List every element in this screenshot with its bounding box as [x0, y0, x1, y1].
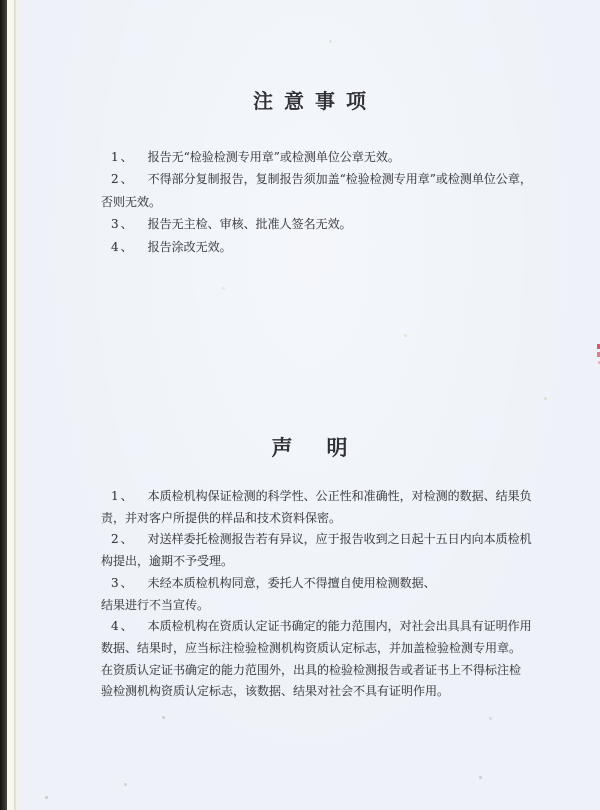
item-text: 对送样委托检测报告若有异议，应于报告收到之日起十五日内向本质检机 构提出，逾期不… — [101, 532, 532, 568]
notice-item-4: 4、报告涂改无效。 — [101, 236, 541, 258]
statement-section-title: 声明 — [19, 432, 600, 464]
notice-item-2: 2、不得部分复制报告，复制报告须加盖“检验检测专用章”或检测单位公章， 否则无效… — [101, 168, 541, 213]
statement-item-4: 4、本质检机构在资质认定证书确定的能力范围内，对社会出具具有证明作用 数据、结果… — [101, 616, 541, 703]
item-text: 未经本质检机构同意，委托人不得擅自使用检测数据、结果进行不当宣传。 — [101, 576, 436, 612]
statement-item-1: 1、本质检机构保证检测的科学性、公正性和准确性，对检测的数据、结果负 责，并对客… — [101, 486, 541, 529]
item-text: 本质检机构保证检测的科学性、公正性和准确性，对检测的数据、结果负 责，并对客户所… — [101, 489, 532, 525]
item-text: 不得部分复制报告，复制报告须加盖“检验检测专用章”或检测单位公章， 否则无效。 — [101, 172, 532, 208]
item-number: 4、 — [111, 619, 135, 633]
item-text: 报告无主检、审核、批准人签名无效。 — [148, 217, 352, 231]
binding-edge-strip — [7, 0, 19, 810]
item-text: 报告涂改无效。 — [148, 240, 232, 254]
item-number: 2、 — [111, 172, 135, 186]
item-number: 1、 — [111, 150, 135, 164]
statement-item-2: 2、对送样委托检测报告若有异议，应于报告收到之日起十五日内向本质检机 构提出，逾… — [101, 529, 541, 572]
notice-section: 1、报告无“检验检测专用章”或检测单位公章无效。 2、不得部分复制报告，复制报告… — [101, 146, 541, 258]
item-number: 3、 — [111, 217, 135, 231]
notice-section-title: 注意事项 — [19, 86, 600, 116]
item-number: 4、 — [111, 240, 135, 254]
statement-item-3: 3、未经本质检机构同意，委托人不得擅自使用检测数据、结果进行不当宣传。 — [101, 573, 541, 616]
notice-item-1: 1、报告无“检验检测专用章”或检测单位公章无效。 — [101, 146, 541, 168]
item-number: 2、 — [111, 532, 135, 546]
scanned-document-page: 注意事项 1、报告无“检验检测专用章”或检测单位公章无效。 2、不得部分复制报告… — [0, 0, 600, 810]
item-number: 1、 — [111, 489, 135, 503]
notice-item-3: 3、报告无主检、审核、批准人签名无效。 — [101, 213, 541, 235]
item-text: 本质检机构在资质认定证书确定的能力范围内，对社会出具具有证明作用 数据、结果时，… — [101, 619, 532, 698]
statement-section: 1、本质检机构保证检测的科学性、公正性和准确性，对检测的数据、结果负 责，并对客… — [101, 486, 541, 703]
scanner-edge-shadow — [0, 0, 7, 810]
item-number: 3、 — [111, 576, 135, 590]
item-text: 报告无“检验检测专用章”或检测单位公章无效。 — [148, 150, 400, 164]
scan-noise-specks — [0, 0, 1, 1]
